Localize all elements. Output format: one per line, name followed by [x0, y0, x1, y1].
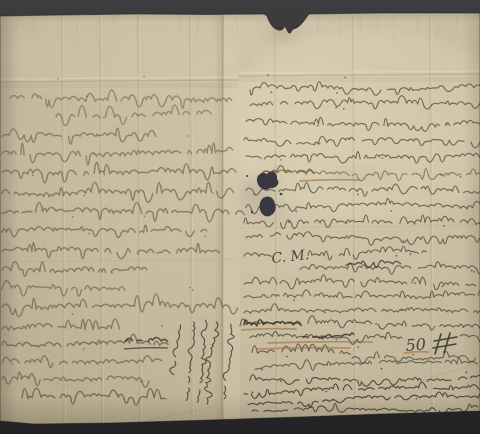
letter-photograph: Photograph of an aged, creased two-page …	[0, 0, 480, 434]
svg-text:50: 50	[405, 335, 427, 355]
manuscript-canvas: C. M.50	[0, 0, 480, 434]
